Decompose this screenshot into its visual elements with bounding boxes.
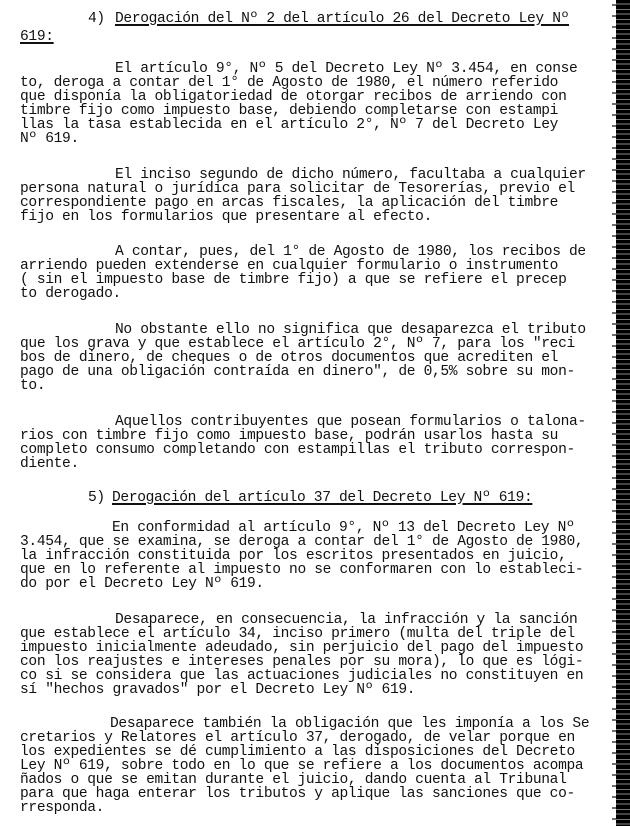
paragraph-line: Nº 619. — [20, 132, 79, 146]
paragraph-line: cretarios y Relatores el artículo 37, de… — [20, 731, 575, 745]
paragraph-line: la infracción constituida por los escrit… — [20, 549, 567, 563]
paragraph-line: bos de dinero, de cheques o de otros doc… — [20, 351, 558, 365]
section-4-heading: Derogación del Nº 2 del artículo 26 del … — [115, 12, 569, 26]
paragraph-line: A contar, pues, del 1° de Agosto de 1980… — [115, 245, 586, 259]
paragraph-line: que disponía la obligatoriedad de otorga… — [20, 90, 567, 104]
paragraph-line: Ley Nº 619, sobre todo en lo que se refi… — [20, 759, 583, 773]
section-4-number: 4) — [88, 12, 105, 26]
paragraph-line: 3.454, que se examina, se deroga a conta… — [20, 535, 583, 549]
paragraph-line: En conformidad al artículo 9°, Nº 13 del… — [112, 521, 574, 535]
paragraph-line: timbre fijo como impuesto base, debiendo… — [20, 104, 558, 118]
section-4-heading-cont: 619: — [20, 30, 54, 44]
paragraph-line: impuesto inicialmente adeudado, sin perj… — [20, 641, 583, 655]
paragraph-line: que en lo referente al impuesto no se co… — [20, 563, 583, 577]
paragraph-line: do por el Decreto Ley Nº 619. — [20, 577, 264, 591]
paragraph-line: persona natural o jurídica para solicita… — [20, 182, 575, 196]
paragraph-line: to, deroga a contar del 1° de Agosto de … — [20, 76, 558, 90]
paragraph-line: correspondiente pago en arcas fiscales, … — [20, 196, 558, 210]
paragraph-line: diente. — [20, 457, 79, 471]
paragraph-line: completo consumo completando con estampi… — [20, 443, 575, 457]
paragraph-line: ( sin el impuesto base de timbre fijo) a… — [20, 273, 567, 287]
paragraph-line: No obstante ello no significa que desapa… — [115, 323, 586, 337]
paragraph-line: los expedientes se dé cumplimiento a las… — [20, 745, 575, 759]
paragraph-line: Desaparece, en consecuencia, la infracci… — [115, 613, 577, 627]
paragraph-line: El artículo 9°, Nº 5 del Decreto Ley Nº … — [115, 62, 577, 76]
section-5-number: 5) — [88, 491, 105, 505]
paragraph-line: rresponda. — [20, 801, 104, 815]
scanned-document-page: 4) Derogación del Nº 2 del artículo 26 d… — [0, 0, 630, 826]
paragraph-line: to. — [20, 379, 45, 393]
paragraph-line: Desaparece también la obligación que les… — [110, 717, 589, 731]
paragraph-line: Aquellos contribuyentes que posean formu… — [115, 415, 586, 429]
paragraph-line: to derogado. — [20, 287, 121, 301]
paragraph-line: co si se considera que las actuaciones j… — [20, 669, 583, 683]
paragraph-line: que establece el artículo 34, inciso pri… — [20, 627, 575, 641]
paragraph-line: pago de una obligación contraída en dine… — [20, 365, 575, 379]
paragraph-line: fijo en los formularios que presentare a… — [20, 210, 432, 224]
section-5-heading: Derogación del artículo 37 del Decreto L… — [112, 491, 532, 505]
paragraph-line: sí "hechos gravados" por el Decreto Ley … — [20, 683, 415, 697]
paragraph-line: arriendo pueden extenderse en cualquier … — [20, 259, 558, 273]
paragraph-line: ñados o que se emitan durante el juicio,… — [20, 773, 567, 787]
paragraph-line: para que haga enterar los tributos y apl… — [20, 787, 575, 801]
paragraph-line: con los reajustes e intereses penales po… — [20, 655, 583, 669]
scan-binding-edge — [616, 0, 630, 826]
paragraph-line: que los grava y que establece el artícul… — [20, 337, 575, 351]
paragraph-line: rios con timbre fijo como impuesto base,… — [20, 429, 558, 443]
paragraph-line: El inciso segundo de dicho número, facul… — [115, 168, 586, 182]
paragraph-line: llas la tasa establecida en el artículo … — [20, 118, 558, 132]
